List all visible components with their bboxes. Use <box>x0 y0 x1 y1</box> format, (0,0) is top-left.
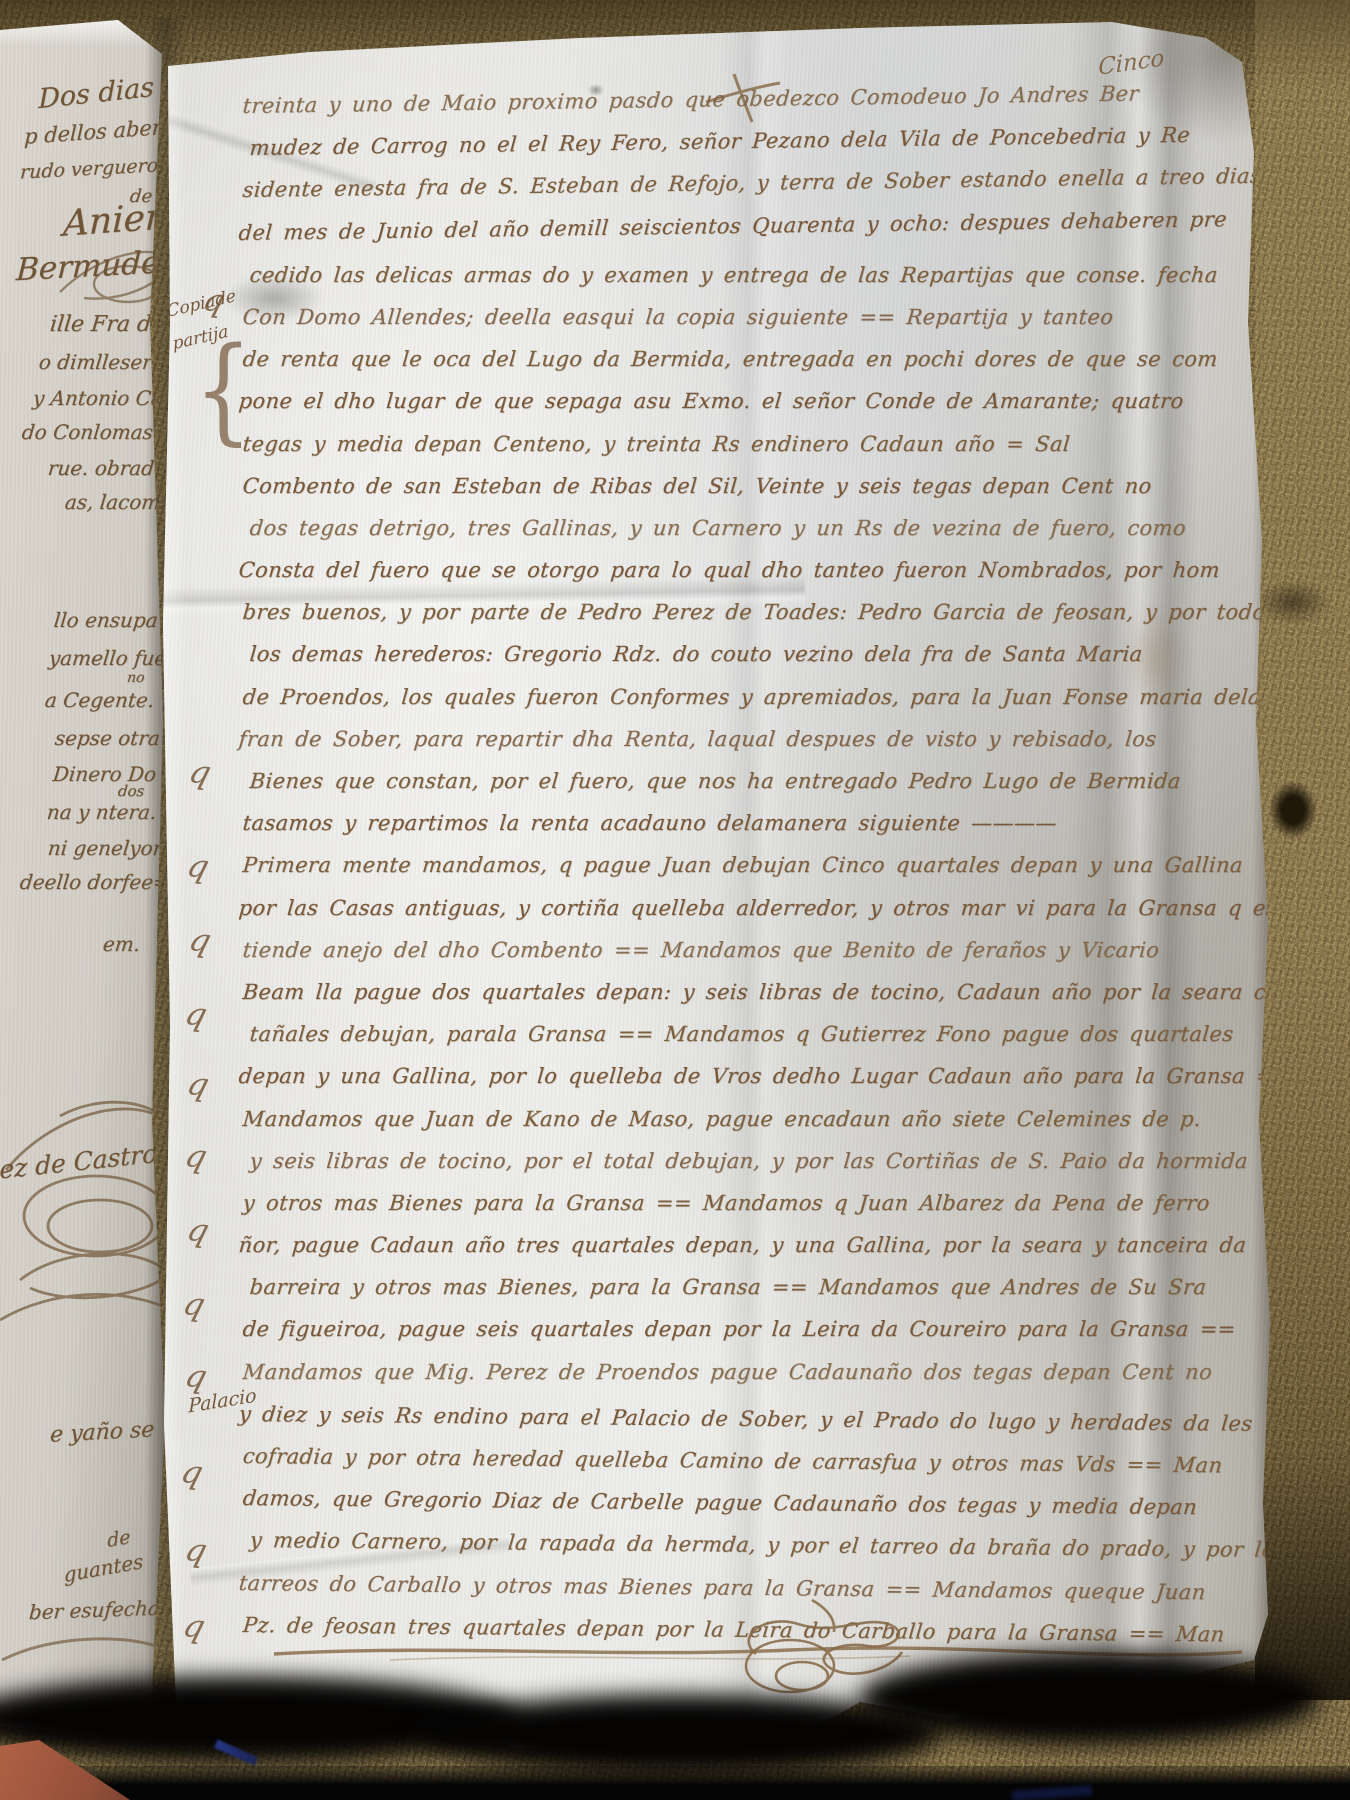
manuscript-line: Mandamos que Mig. Perez de Proendos pagu… <box>240 1360 1254 1402</box>
bottom-shadow <box>860 1652 1320 1744</box>
manuscript-line: ñor, pague Cadaun año tres quartales dep… <box>236 1233 1254 1275</box>
manuscript-line: Beam lla pague dos quartales depan: y se… <box>240 980 1254 1022</box>
margin-paragraph-mark: q <box>200 283 229 317</box>
margin-paragraph-mark: q <box>184 849 213 883</box>
left-page-text-fragment: na y ntera. <box>45 800 157 824</box>
left-page-text-fragment: em. <box>102 932 142 956</box>
manuscript-line: Consta del fuero que se otorgo para lo q… <box>236 558 1254 600</box>
left-page-text-fragment: ber esufecha <box>28 1596 160 1625</box>
manuscript-line: dos tegas detrigo, tres Gallinas, y un C… <box>247 516 1254 558</box>
bottom-shadow <box>420 1694 940 1774</box>
left-page-text-fragment: e yaño se <box>49 1417 154 1448</box>
left-page-text-fragment: rudo verguero <box>19 154 158 183</box>
left-page-text-fragment: p dellos aber <box>24 115 162 149</box>
left-page-text-fragment: no <box>126 670 145 686</box>
margin-paragraph-mark: q <box>184 1067 213 1101</box>
margin-paragraph-mark: q <box>180 1609 209 1643</box>
margin-paragraph-mark: q <box>180 1287 209 1321</box>
manuscript-text-block: treinta y uno de Maio proximo pasdo que … <box>242 94 1252 1655</box>
manuscript-line: fran de Sober, para repartir dha Renta, … <box>236 727 1254 769</box>
manuscript-line: tegas y media depan Centeno, y treinta R… <box>240 432 1254 474</box>
manuscript-line: de Proendos, los quales fueron Conformes… <box>240 685 1254 727</box>
manuscript-line: por las Casas antiguas, y cortiña quelle… <box>236 896 1254 938</box>
manuscript-line: de figueiroa, pague seis quartales depan… <box>240 1317 1254 1359</box>
manuscript-line: los demas herederos: Gregorio Rdz. do co… <box>247 642 1254 684</box>
margin-paragraph-mark: q <box>186 755 215 789</box>
left-underline-flourish <box>0 1626 160 1674</box>
left-page-text-fragment: llo ensupa <box>53 608 159 632</box>
cork-right-column <box>1255 0 1350 1700</box>
manuscript-line: y otros mas Bienes para la Gransa == Man… <box>240 1191 1254 1233</box>
manuscript-line: cedido las delicas armas do y examen y e… <box>247 263 1254 305</box>
bottom-dark-band <box>0 1766 1350 1800</box>
margin-paragraph-mark: q <box>182 1359 211 1393</box>
manuscript-line: de renta que le oca del Lugo da Bermida,… <box>240 347 1254 389</box>
manuscript-line: Primera mente mandamos, q pague Juan deb… <box>240 853 1254 895</box>
margin-paragraph-mark: q <box>182 1533 211 1567</box>
left-page-text-fragment: dos <box>117 782 145 800</box>
manuscript-line: tiende anejo del dho Combento == Mandamo… <box>240 938 1254 980</box>
manuscript-line: barreira y otros mas Bienes, para la Gra… <box>247 1275 1254 1317</box>
manuscript-line: pone el dho lugar de que sepaga asu Exmo… <box>236 389 1254 431</box>
manuscript-line: Bienes que constan, por el fuero, que no… <box>247 769 1254 811</box>
manuscript-line: Combento de san Esteban de Ribas del Sil… <box>240 474 1254 516</box>
manuscript-line: y seis libras de tocino, por el total de… <box>247 1149 1254 1191</box>
margin-paragraph-mark: q <box>182 1139 211 1173</box>
margin-paragraph-mark: q <box>184 1213 213 1247</box>
left-page-text-fragment: de <box>106 1526 131 1552</box>
photo-scene: Dos diasp dellos aberrudo verguerodeAnie… <box>0 0 1350 1800</box>
cork-dark-streak <box>1256 580 1330 624</box>
manuscript-line: bres buenos, y por parte de Pedro Perez … <box>240 600 1254 642</box>
cork-hole <box>1270 782 1316 838</box>
corner-docket: Cinco <box>1098 45 1164 81</box>
margin-paragraph-mark: q <box>182 997 211 1031</box>
margin-paragraph-mark: q <box>178 1455 207 1489</box>
left-page-text-fragment: a Cegente. <box>44 688 156 712</box>
manuscript-line: tañales debujan, parala Gransa == Mandam… <box>247 1022 1254 1064</box>
manuscript-line: Con Domo Allendes; deella easqui la copi… <box>240 305 1254 347</box>
left-page-text-fragment: Dos dias <box>38 72 154 115</box>
manuscript-page: Cinco Copiade partija { Palacio qqqqqqqq… <box>160 22 1272 1750</box>
manuscript-line: Mandamos que Juan de Kano de Maso, pague… <box>240 1107 1254 1149</box>
manuscript-line: tasamos y repartimos la renta acadauno d… <box>240 811 1254 853</box>
margin-paragraph-mark: q <box>186 923 215 957</box>
left-page-text-fragment: guantes <box>63 1549 144 1587</box>
manuscript-line: depan y una Gallina, por lo quelleba de … <box>236 1064 1254 1106</box>
